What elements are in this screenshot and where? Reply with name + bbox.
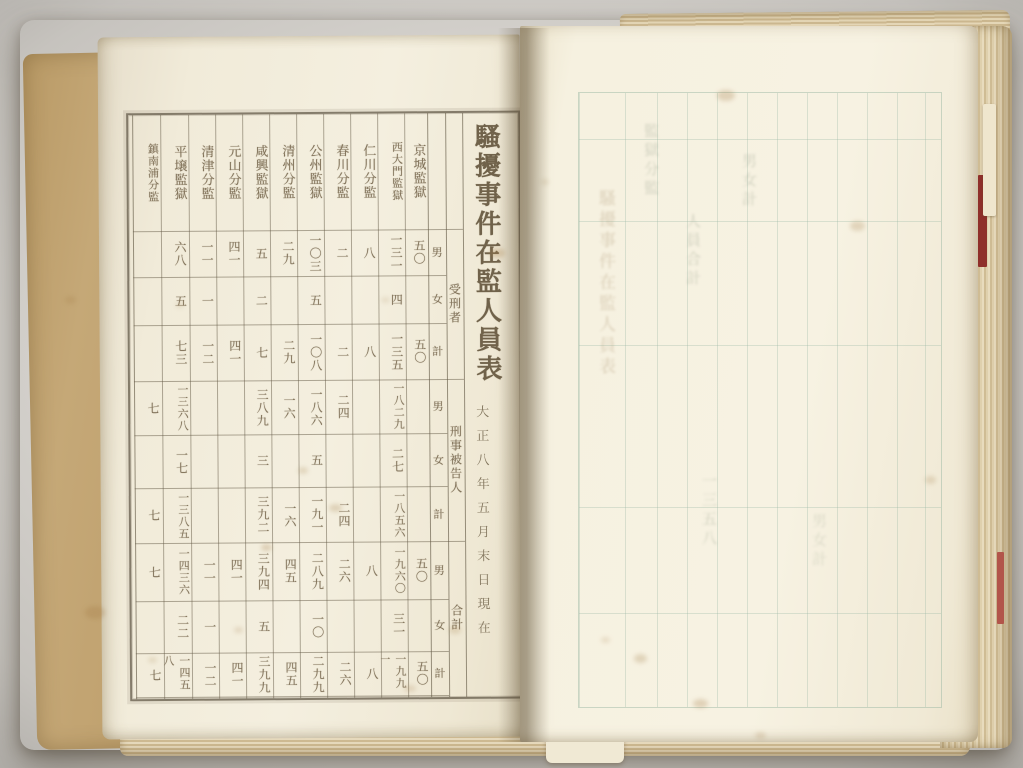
foxing-stain	[634, 654, 647, 663]
foxing-stain	[329, 504, 342, 512]
group-label: 受刑者	[446, 237, 464, 371]
foxing-stain	[449, 626, 461, 634]
foxing-stain	[261, 544, 272, 551]
ghost-text-column: 男女計	[739, 153, 760, 313]
ghost-vline	[867, 93, 868, 707]
ghost-hline	[579, 345, 941, 346]
right-page: 騷擾事件在監人員表 監獄分監 人員合計 男女計 一三五八 男女計	[520, 26, 978, 742]
foxing-stain	[541, 179, 549, 185]
ghost-text-column: 一三五八	[699, 473, 720, 663]
foxing-stain	[381, 297, 390, 303]
ghost-text-column: 監獄分監	[641, 123, 662, 323]
foxing-stain	[176, 302, 184, 308]
ghost-vline	[579, 93, 580, 707]
foxing-stain	[717, 90, 735, 101]
prison-table: 京城監獄五〇五〇五〇五〇西大門監獄一三一四一三五一八二九二七一八五六一九六〇三一…	[126, 111, 524, 702]
ghost-title-text: 騷擾事件在監人員表	[593, 189, 618, 609]
ghost-vline	[837, 93, 838, 707]
ghost-vline	[897, 93, 898, 707]
foxing-stain	[298, 467, 308, 474]
foxing-stain	[489, 248, 505, 258]
photograph-background: 京城監獄五〇五〇五〇五〇西大門監獄一三一四一三五一八二九二七一八五六一九六〇三一…	[0, 0, 1023, 768]
foxing-stain	[601, 637, 610, 643]
group-label: 合計	[448, 549, 466, 687]
table-subtitle: 大正八年五月末日現在	[471, 405, 492, 685]
foxing-stain	[234, 627, 243, 633]
paper-tab	[983, 104, 996, 216]
foxing-stain	[850, 221, 865, 231]
ghost-vline	[777, 93, 778, 707]
ghost-hline	[579, 613, 941, 614]
ghost-vline	[925, 93, 926, 707]
group-label: 刑事被告人	[447, 387, 465, 533]
group-labels: 受刑者刑事被告人合計	[128, 113, 522, 700]
left-page: 京城監獄五〇五〇五〇五〇西大門監獄一三一四一三五一八二九二七一八五六一九六〇三一…	[98, 35, 525, 740]
foxing-stain	[148, 657, 157, 663]
ghost-vline	[807, 93, 808, 707]
foxing-stain	[65, 296, 76, 304]
ghost-hline	[579, 139, 941, 140]
ghost-text-column: 人員合計	[683, 213, 704, 443]
ghost-vline	[625, 93, 626, 707]
red-bookmark-strip	[997, 552, 1004, 624]
ghost-hline	[579, 221, 941, 222]
showthrough-ghost-table: 騷擾事件在監人員表 監獄分監 人員合計 男女計 一三五八 男女計	[578, 92, 942, 708]
book-gutter-shadow	[498, 28, 550, 742]
foxing-stain	[925, 476, 936, 484]
foxing-stain	[755, 732, 766, 739]
ghost-text-column: 男女計	[809, 513, 830, 663]
foxing-stain	[693, 699, 708, 708]
foxing-stain	[85, 606, 105, 619]
foxing-stain	[404, 685, 416, 692]
ghost-hline	[579, 507, 941, 508]
